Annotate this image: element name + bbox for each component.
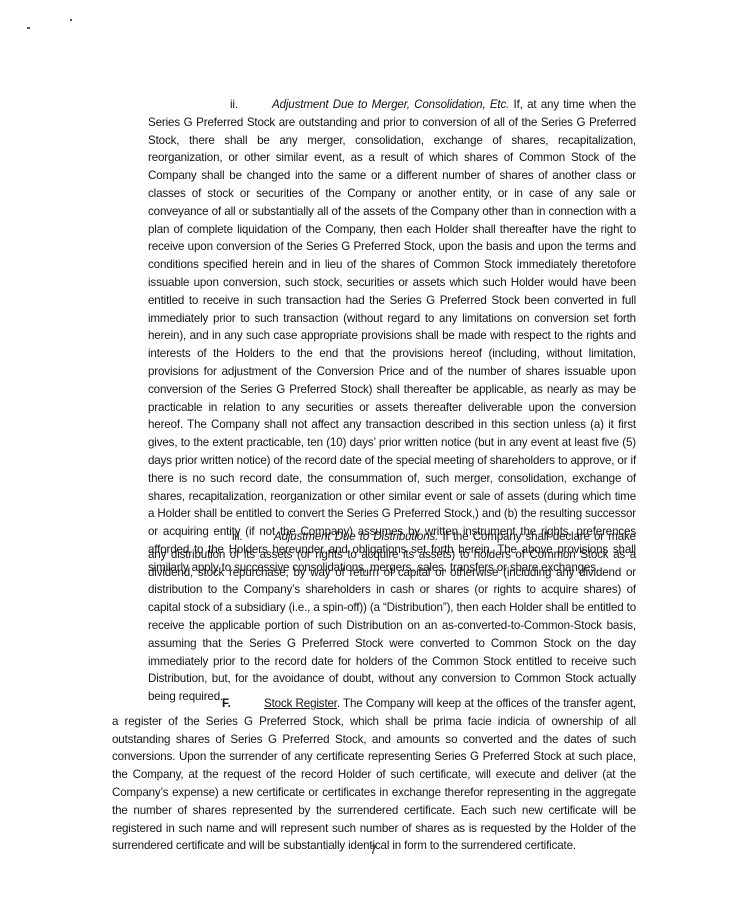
section-body: If the Company shall declare or make any… [148,530,636,703]
section-heading: Stock Register [264,697,337,710]
document-page: ii.Adjustment Due to Merger, Consolidati… [0,0,751,921]
section-body: . The Company will keep at the offices o… [112,697,636,852]
section-heading: Adjustment Due to Distributions. [274,530,438,543]
section-ii: ii.Adjustment Due to Merger, Consolidati… [148,96,636,577]
scan-speck [27,27,30,29]
page-number: 7 [370,843,377,857]
section-f: F.Stock Register. The Company will keep … [112,695,636,855]
section-number: iii. [232,528,274,546]
section-number: ii. [230,96,272,114]
section-heading: Adjustment Due to Merger, Consolidation,… [272,98,509,111]
section-body: If, at any time when the Series G Prefer… [148,98,636,574]
section-iii: iii.Adjustment Due to Distributions. If … [148,528,636,706]
section-number: F. [222,695,264,713]
scan-speck [70,19,72,21]
